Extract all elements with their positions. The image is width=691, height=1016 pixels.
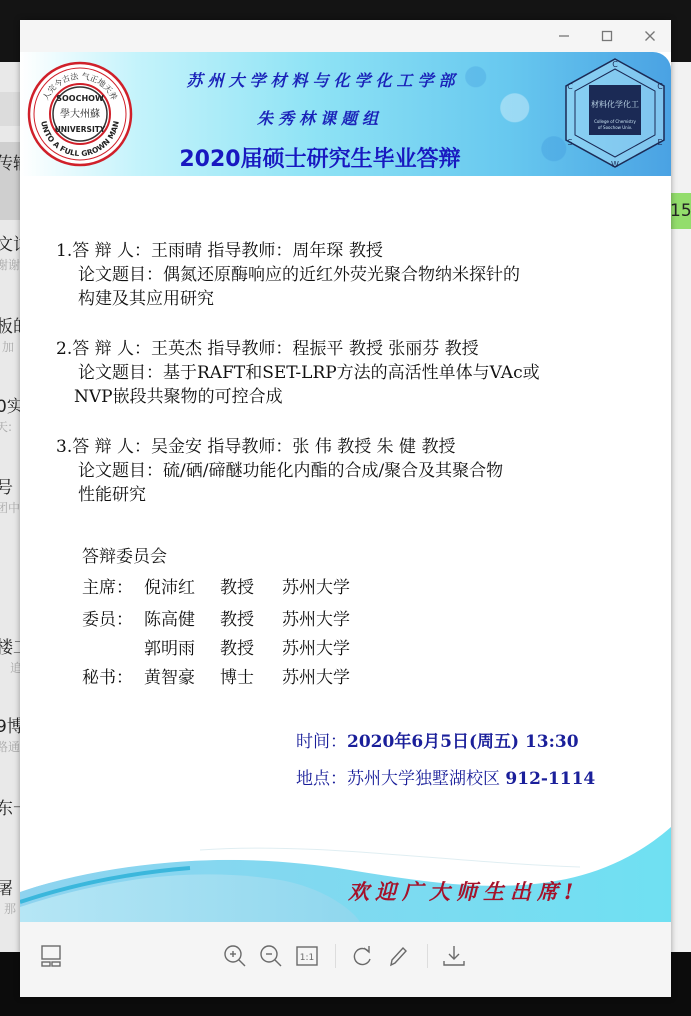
svg-text:S: S [567, 138, 572, 147]
zoom-out-icon [259, 944, 283, 968]
svg-text:C: C [567, 82, 573, 91]
rotate-icon [350, 944, 374, 968]
welcome-message: 欢迎广大师生出席! [348, 876, 579, 906]
actual-size-icon: 1:1 [295, 944, 319, 968]
background-search-strip [0, 92, 22, 126]
background-chat-item[interactable]: 号团中 [0, 477, 22, 517]
close-icon [644, 30, 656, 42]
thumbnails-icon [40, 944, 62, 968]
background-chat-item[interactable]: 9博路通 [0, 716, 22, 756]
defense-entry-1: 1.答 辩 人：王雨晴 指导教师：周年琛 教授 论文题目：偶氮还原酶响应的近红外… [56, 239, 520, 311]
background-unread-badge: 15 [670, 193, 691, 229]
background-chat-item[interactable]: 文讨谢谢 [0, 234, 22, 274]
defense-3-thesis-title: 论文题目：硫/硒/碲醚功能化内酯的合成/聚合及其聚合物 [56, 459, 503, 483]
svg-text:材料化学化工: 材料化学化工 [591, 99, 639, 109]
defense-time: 时间：2020年6月5日(周五) 13:30 [296, 727, 579, 752]
svg-text:SOOCHOW: SOOCHOW [56, 94, 104, 103]
svg-text:E: E [657, 138, 662, 147]
title-bar[interactable] [20, 20, 671, 52]
department-title: 苏州大学材料与化学化工学部 [98, 68, 548, 91]
defense-2-thesis-title-cont: NVP嵌段共聚物的可控合成 [56, 385, 540, 409]
defense-1-presenter: 1.答 辩 人：王雨晴 指导教师：周年琛 教授 [56, 239, 520, 263]
poster-main-title: 2020届硕士研究生毕业答辩 [95, 142, 545, 173]
rotate-button[interactable] [348, 942, 376, 970]
zoom-in-icon [223, 944, 247, 968]
college-hexagon-logo-icon: 材料化学化工 College of Chemistry of Soochow U… [560, 55, 670, 171]
defense-1-thesis-title: 论文题目：偶氮还原酶响应的近红外荧光聚合物纳米探针的 [56, 263, 520, 287]
zoom-in-button[interactable] [221, 942, 249, 970]
background-chat-item[interactable]: 屠那 [0, 878, 22, 918]
close-button[interactable] [637, 24, 663, 48]
committee-member-row: 委员：陈高健教授苏州大学 [82, 607, 350, 633]
committee-secretary-row: 秘书：黄智豪博士苏州大学 [82, 665, 350, 691]
toolbar-divider [427, 944, 428, 968]
defense-2-presenter: 2.答 辩 人：王英杰 指导教师：程振平 教授 张丽芬 教授 [56, 337, 540, 361]
defense-3-thesis-title-cont: 性能研究 [56, 483, 503, 507]
image-viewer-window: SOOCHOW 學大州蘇 UNIVERSITY 人完今古法 气正地天养 UNTO… [20, 20, 671, 997]
viewer-toolbar: 1:1 [20, 922, 671, 997]
committee-heading: 答辩委员会 [82, 544, 167, 570]
svg-text:College of Chemistry: College of Chemistry [594, 119, 636, 124]
defense-2-thesis-title: 论文题目：基于RAFT和SET-LRP方法的高活性单体与VAc或 [56, 361, 540, 385]
svg-text:學大州蘇: 學大州蘇 [60, 107, 100, 120]
download-button[interactable] [440, 942, 468, 970]
background-chat-item[interactable]: 楼工追 [0, 637, 22, 677]
background-chat-item[interactable]: 东一 [0, 798, 22, 820]
thumbnails-button[interactable] [37, 942, 65, 970]
svg-text:C: C [612, 60, 618, 69]
background-chat-item[interactable]: 0实天: [0, 396, 22, 436]
defense-3-presenter: 3.答 辩 人：吴金安 指导教师：张 伟 教授 朱 健 教授 [56, 435, 503, 459]
research-group-title: 朱秀林课题组 [95, 106, 545, 129]
committee-chair-row: 主席：倪沛红教授苏州大学 [82, 575, 350, 601]
poster-banner: SOOCHOW 學大州蘇 UNIVERSITY 人完今古法 气正地天养 UNTO… [20, 52, 671, 176]
svg-text:C: C [657, 82, 663, 91]
minimize-icon [558, 30, 570, 42]
defense-entry-2: 2.答 辩 人：王英杰 指导教师：程振平 教授 张丽芬 教授 论文题目：基于RA… [56, 337, 540, 409]
pencil-icon [386, 944, 410, 968]
download-icon [442, 944, 466, 968]
poster-image: SOOCHOW 學大州蘇 UNIVERSITY 人完今古法 气正地天养 UNTO… [20, 52, 671, 922]
svg-text:1:1: 1:1 [300, 953, 314, 963]
zoom-out-button[interactable] [257, 942, 285, 970]
background-chat-item[interactable]: 传输 [0, 153, 22, 175]
defense-entry-3: 3.答 辩 人：吴金安 指导教师：张 伟 教授 朱 健 教授 论文题目：硫/硒/… [56, 435, 503, 507]
decorative-wave [20, 822, 671, 922]
defense-1-thesis-title-cont: 构建及其应用研究 [56, 287, 520, 311]
background-chat-item[interactable]: 板的加 [0, 316, 22, 356]
svg-text:W: W [611, 160, 619, 169]
maximize-icon [601, 30, 613, 42]
actual-size-button[interactable]: 1:1 [293, 942, 321, 970]
minimize-button[interactable] [551, 24, 577, 48]
maximize-button[interactable] [594, 24, 620, 48]
edit-button[interactable] [384, 942, 412, 970]
svg-text:of Soochow Univ.: of Soochow Univ. [598, 125, 632, 130]
defense-place: 地点：苏州大学独墅湖校区 912-1114 [296, 764, 595, 789]
toolbar-divider [335, 944, 336, 968]
committee-member-row: 郭明雨教授苏州大学 [82, 636, 350, 662]
